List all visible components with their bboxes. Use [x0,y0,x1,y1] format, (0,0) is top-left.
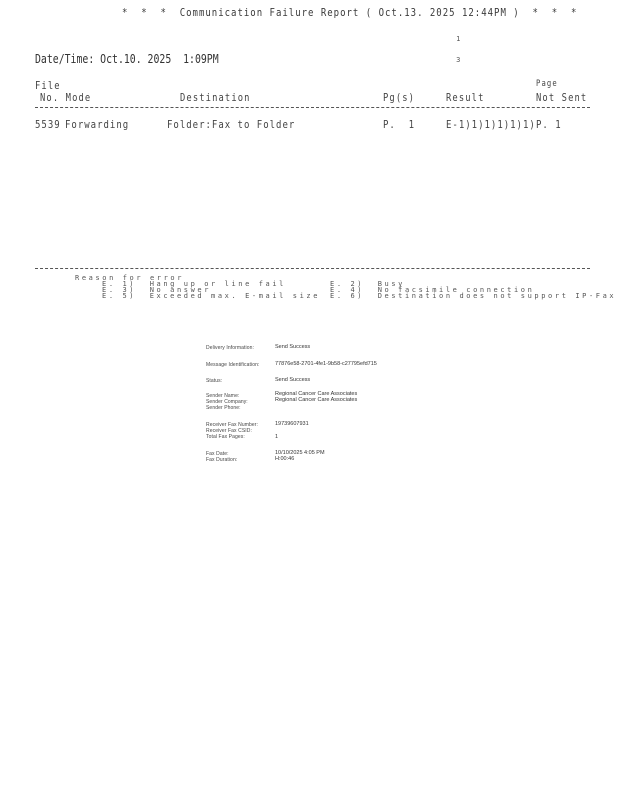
row-destination: Folder:Fax to Folder [167,118,295,131]
label-sender-phone: Sender Phone: [206,405,241,411]
value-status: Send Success [275,377,310,383]
label-status: Status: [206,378,222,384]
page-number: 1 3 [454,22,462,71]
col-page-not-sent-line2: Not Sent [536,91,587,104]
row-page-not-sent: P. 1 [536,118,562,131]
value-total-fax-pages: 1 [275,434,278,440]
value-message-identification: 77876e58-2701-4fe1-9b58-c27795efd715 [275,361,377,367]
row-file-no: 5539 [35,118,61,131]
col-destination: Destination [180,91,251,104]
report-datetime: Date/Time: Oct.10. 2025 1:09PM [35,52,219,66]
value-sender-company: Regional Cancer Care Associates [275,397,357,403]
row-pages: P. 1 [383,118,415,131]
header-divider [35,107,590,108]
col-pages: Pg(s) [383,91,415,104]
label-message-identification: Message Identification: [206,362,259,368]
label-total-fax-pages: Total Fax Pages: [206,434,245,440]
reason-e5: E. 5) Exceeded max. E-mail size [102,293,320,299]
reason-divider [35,268,590,269]
page-number-top: 1 [454,36,462,43]
label-fax-duration: Fax Duration: [206,457,237,463]
page-number-bottom: 3 [454,57,462,64]
value-fax-duration: H:00:46 [275,456,294,462]
reason-e6: E. 6) Destination does not support IP-Fa… [330,293,616,299]
label-delivery-information: Delivery Information: [206,345,254,351]
col-file-no-mode: No. Mode [40,91,91,104]
value-delivery-information: Send Success [275,344,310,350]
row-mode: Forwarding [65,118,129,131]
report-title: * * * Communication Failure Report ( Oct… [122,6,577,19]
row-result: E-1)1)1)1)1)1) [446,118,536,131]
col-page-not-sent-line1: Page [536,79,558,89]
value-receiver-fax-number: 19739607931 [275,421,309,427]
col-result: Result [446,91,485,104]
